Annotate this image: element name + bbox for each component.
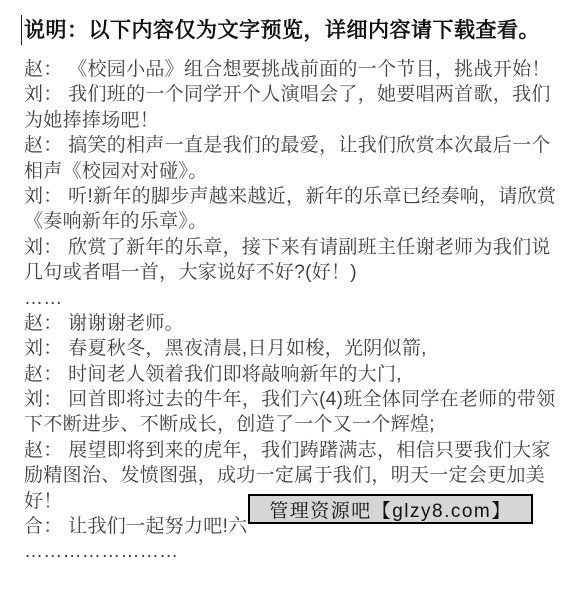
script-line: 刘： 我们班的一个同学开个人演唱会了，她要唱两首歌，我们 [24, 82, 572, 107]
watermark-badge: 管理资源吧【glzy8.com】 [248, 494, 533, 524]
script-line: 赵： 谢谢谢老师。 [24, 311, 572, 336]
script-line: 相声《校园对对碰》。 [24, 159, 572, 184]
script-line: 《奏响新年的乐章》。 [24, 209, 572, 234]
script-line: 赵： 《校园小品》组合想要挑战前面的一个节目，挑战开始！ [24, 57, 572, 82]
script-text-block: 赵： 《校园小品》组合想要挑战前面的一个节目，挑战开始！ 刘： 我们班的一个同学… [24, 57, 572, 565]
script-line: 励精图治、发愤图强，成功一定属于我们，明天一定会更加美 [24, 463, 572, 488]
script-line: 刘： 听!新年的脚步声越来越近，新年的乐章已经奏响，请欣赏 [24, 184, 572, 209]
script-line: 赵： 时间老人领着我们即将敲响新年的大门, [24, 362, 572, 387]
script-line: 赵： 搞笑的相声一直是我们的最爱，让我们欣赏本次最后一个 [24, 133, 572, 158]
script-line: 赵： 展望即将到来的虎年，我们踌躇满志，相信只要我们大家 [24, 438, 572, 463]
script-line: 刘： 回首即将过去的牛年，我们六(4)班全体同学在老师的带领 [24, 387, 572, 412]
script-line: 几句或者唱一首，大家说好不好?(好！) [24, 260, 572, 285]
document-preview-page: { "notice": "说明：以下内容仅为文字预览，详细内容请下载查看。", … [0, 0, 578, 600]
text-cursor-caret [21, 15, 22, 45]
script-line-ellipsis: …………………… [24, 539, 572, 564]
script-line: 刘： 欣赏了新年的乐章，接下来有请副班主任谢老师为我们说 [24, 235, 572, 260]
script-line: 为她捧捧场吧！ [24, 108, 572, 133]
script-line: 刘： 春夏秋冬，黑夜清晨,日月如梭，光阴似箭, [24, 336, 572, 361]
script-line-ellipsis: …… [24, 286, 572, 311]
preview-notice-heading: 说明：以下内容仅为文字预览，详细内容请下载查看。 [24, 14, 540, 44]
script-line: 下不断进步、不断成长，创造了一个又一个辉煌; [24, 412, 572, 437]
